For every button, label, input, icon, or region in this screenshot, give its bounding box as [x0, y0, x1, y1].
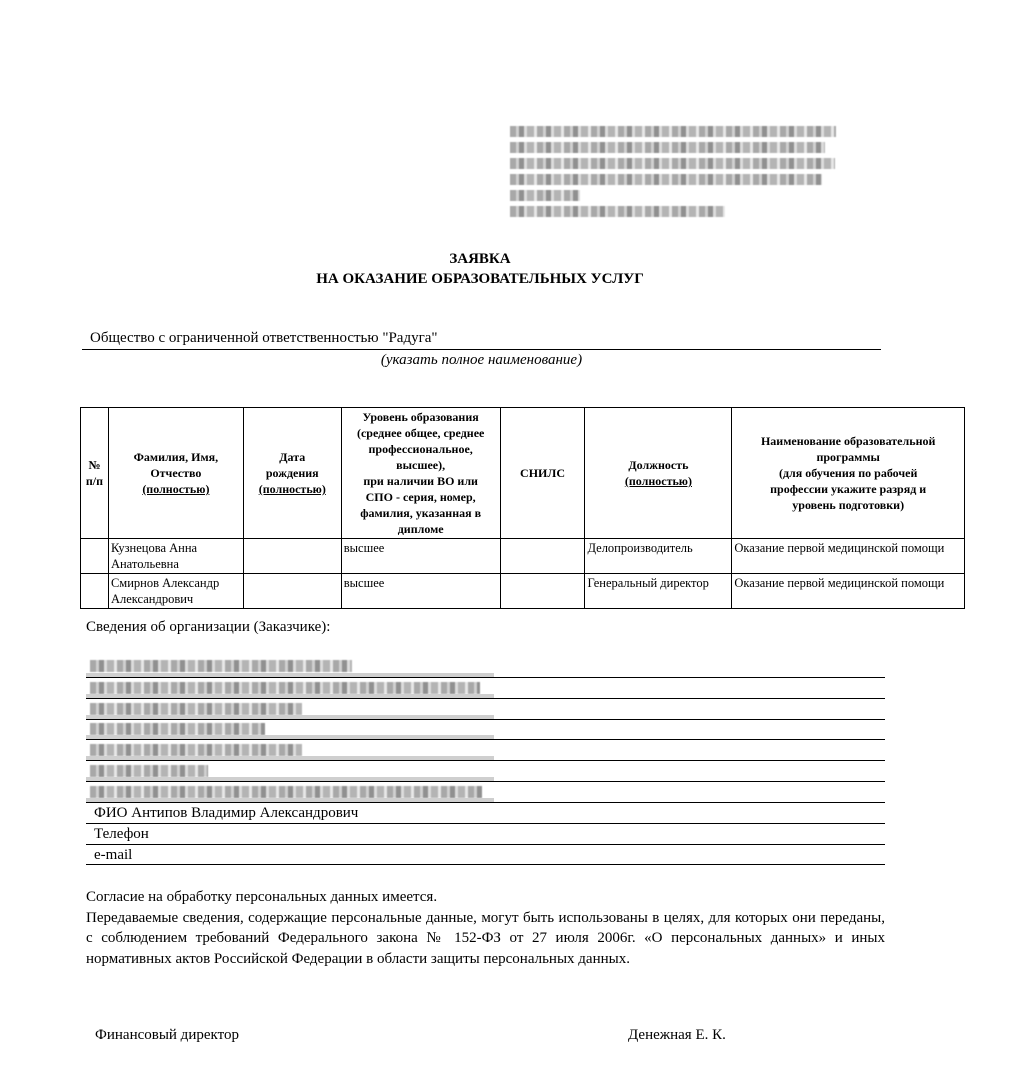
col-num: № п/п	[81, 408, 109, 539]
cell-position: Делопроизводитель	[585, 539, 732, 574]
col-position: Должность (полностью)	[585, 408, 732, 539]
col-program: Наименование образовательной программы (…	[732, 408, 965, 539]
consent-block: Согласие на обработку персональных данны…	[86, 887, 885, 969]
col-education: Уровень образования (среднее общее, сред…	[341, 408, 500, 539]
redacted-text	[90, 723, 265, 735]
redacted-text	[510, 158, 835, 169]
cell-program: Оказание первой медицинской помощи	[732, 574, 965, 609]
field-line	[86, 739, 885, 740]
field-line	[86, 719, 885, 720]
customer-heading: Сведения об организации (Заказчике):	[86, 619, 330, 636]
redacted-text	[510, 190, 580, 201]
cell-snils	[500, 539, 585, 574]
redacted-text	[90, 660, 352, 672]
phone-label: Телефон	[94, 826, 149, 843]
contact-fio: ФИО Антипов Владимир Александрович	[94, 805, 358, 822]
signatory-name: Денежная Е. К.	[628, 1027, 726, 1044]
organization-underline	[82, 349, 881, 350]
document-subtitle: НА ОКАЗАНИЕ ОБРАЗОВАТЕЛЬНЫХ УСЛУГ	[0, 271, 960, 288]
cell-dob	[243, 539, 341, 574]
cell-program: Оказание первой медицинской помощи	[732, 539, 965, 574]
cell-education: высшее	[341, 574, 500, 609]
cell-position: Генеральный директор	[585, 574, 732, 609]
field-line	[86, 844, 885, 845]
field-line	[86, 802, 885, 803]
redacted-text	[510, 206, 725, 217]
table-row: Кузнецова Анна Анатольевна высшее Делопр…	[81, 539, 965, 574]
redacted-text	[90, 744, 302, 756]
redacted-text	[90, 682, 480, 694]
table-header-row: № п/п Фамилия, Имя, Отчество (полностью)…	[81, 408, 965, 539]
consent-statement: Согласие на обработку персональных данны…	[86, 887, 885, 908]
redacted-text	[90, 703, 302, 715]
email-label: e-mail	[94, 847, 132, 864]
cell-num	[81, 574, 109, 609]
redacted-text	[90, 786, 482, 798]
cell-education: высшее	[341, 539, 500, 574]
redacted-text	[90, 765, 208, 777]
col-snils: СНИЛС	[500, 408, 585, 539]
col-fio: Фамилия, Имя, Отчество (полностью)	[108, 408, 243, 539]
cell-fio: Смирнов Александр Александрович	[108, 574, 243, 609]
addressee-block-redacted	[510, 126, 838, 222]
organization-name: Общество с ограниченной ответственностью…	[90, 330, 438, 347]
field-line	[86, 760, 885, 761]
redacted-text	[510, 174, 822, 185]
cell-fio: Кузнецова Анна Анатольевна	[108, 539, 243, 574]
field-line	[86, 864, 885, 865]
organization-hint: (указать полное наименование)	[82, 352, 881, 369]
field-line	[86, 823, 885, 824]
participants-table: № п/п Фамилия, Имя, Отчество (полностью)…	[80, 407, 965, 609]
field-line	[86, 781, 885, 782]
cell-dob	[243, 574, 341, 609]
consent-paragraph: Передаваемые сведения, содержащие персон…	[86, 908, 885, 970]
field-line	[86, 677, 885, 678]
cell-num	[81, 539, 109, 574]
document-title: ЗАЯВКА	[0, 251, 960, 268]
col-dob: Дата рождения (полностью)	[243, 408, 341, 539]
signatory-role: Финансовый директор	[95, 1027, 239, 1044]
cell-snils	[500, 574, 585, 609]
redacted-text	[510, 126, 836, 137]
redacted-text	[510, 142, 825, 153]
field-line	[86, 698, 885, 699]
table-row: Смирнов Александр Александрович высшее Г…	[81, 574, 965, 609]
